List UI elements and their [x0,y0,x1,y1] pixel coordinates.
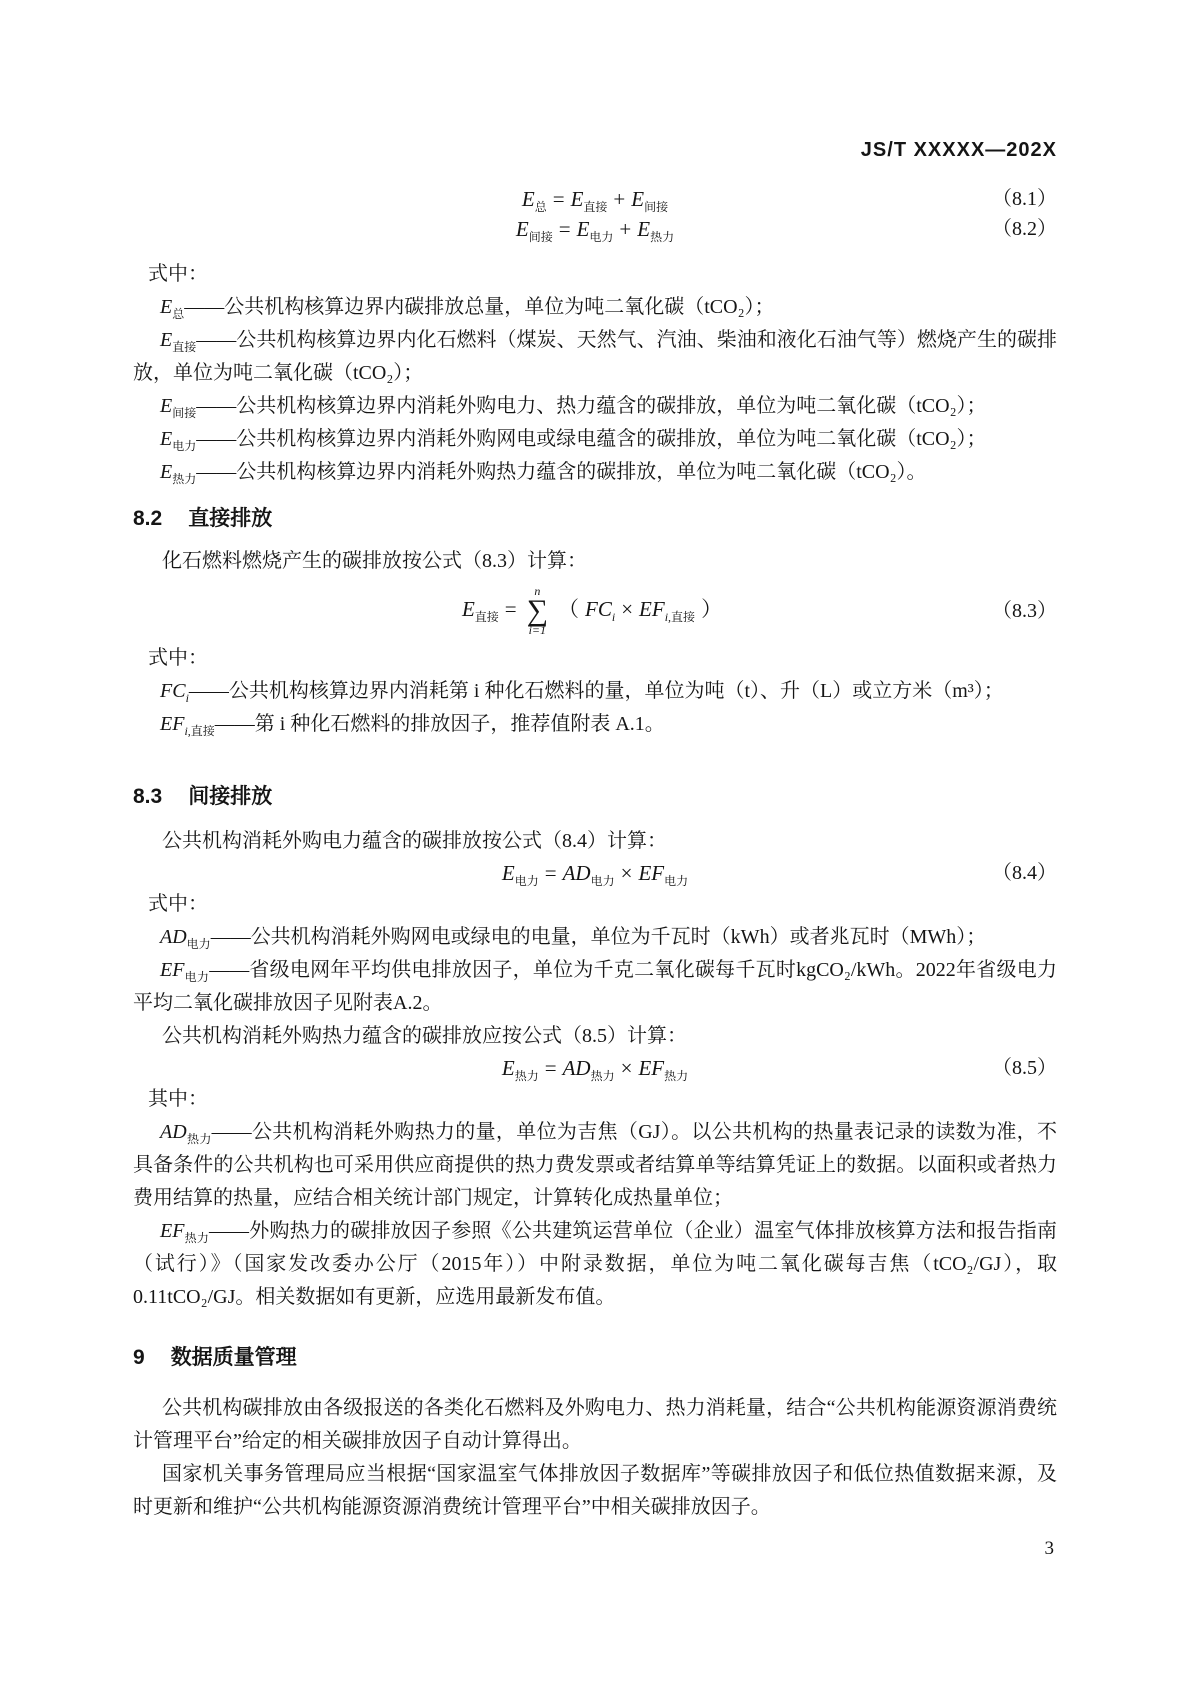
equation-8-4: E电力=AD电力×EF电力 （8.4） [133,858,1057,888]
equation-number-8-2: （8.2） [992,214,1057,244]
section-heading-8-2: 8.2 直接排放 [133,505,1057,533]
formula-8-2: E间接=E电力+E热力 [516,214,674,244]
paragraph-lead-8-4: 公共机构消耗外购电力蕴含的碳排放按公式（8.4）计算： [133,825,1057,858]
section-heading-8-3: 8.3 间接排放 [133,783,1057,811]
definition-text: ——公共机构核算边界内消耗外购网电或绿电蕴含的碳排放，单位为吨二氧化碳（tCO₂… [196,428,986,450]
definition-text: ——外购热力的碳排放因子参照《公共建筑运营单位（企业）温室气体排放核算方法和报告… [133,1220,1057,1308]
formula-8-3: E直接=n∑i=1（FCi×EFi,直接） [462,585,728,637]
term-ad-heat: AD热力 [160,1121,212,1143]
definition-text: ——第 i 种化石燃料的排放因子，推荐值附表 A.1。 [215,713,665,735]
equation-8-1: E总=E直接+E间接 （8.1） [133,184,1057,214]
section-title: 直接排放 [188,505,272,533]
definition-ad-heat: AD热力——公共机构消耗外购热力的量，单位为吉焦（GJ）。以公共机构的热量表记录… [133,1116,1057,1215]
doc-code: JS/T XXXXX—202X [133,138,1057,162]
definition-ef-i-direct: EFi,直接——第 i 种化石燃料的排放因子，推荐值附表 A.1。 [133,708,1057,741]
where-label: 式中： [133,888,1057,921]
definition-e-total: E总——公共机构核算边界内碳排放总量，单位为吨二氧化碳（tCO₂）； [133,291,1057,324]
paragraph-lead-8-3: 化石燃料燃烧产生的碳排放按公式（8.3）计算： [133,545,1057,578]
definition-text: ——公共机构核算边界内化石燃料（煤炭、天然气、汽油、柴油和液化石油气等）燃烧产生… [133,329,1057,384]
term-e-indirect: E间接 [160,395,196,417]
equation-group-8-1-8-2: E总=E直接+E间接 （8.1） E间接=E电力+E热力 （8.2） [133,184,1057,244]
definition-text: ——公共机构核算边界内消耗第 i 种化石燃料的量，单位为吨（t）、升（L）或立方… [189,680,1004,702]
term-ef-electricity: EF电力 [160,959,209,981]
paragraph-9-2: 国家机关事务管理局应当根据“国家温室气体排放因子数据库”等碳排放因子和低位热值数… [133,1458,1057,1524]
term-ef-i-direct: EFi,直接 [160,713,215,735]
section-number: 9 [133,1344,145,1372]
section-number: 8.2 [133,505,162,533]
formula-8-4: E电力=AD电力×EF电力 [502,858,688,888]
definition-e-indirect: E间接——公共机构核算边界内消耗外购电力、热力蕴含的碳排放，单位为吨二氧化碳（t… [133,390,1057,423]
term-ef-heat: EF热力 [160,1220,209,1242]
term-e-heat: E热力 [160,461,196,483]
definition-e-direct: E直接——公共机构核算边界内化石燃料（煤炭、天然气、汽油、柴油和液化石油气等）燃… [133,324,1057,390]
where-label: 式中： [133,258,1057,291]
definition-ef-electricity: EF电力——省级电网年平均供电排放因子，单位为千克二氧化碳每千瓦时kgCO₂/k… [133,954,1057,1020]
term-e-direct: E直接 [160,329,196,351]
definition-e-electricity: E电力——公共机构核算边界内消耗外购网电或绿电蕴含的碳排放，单位为吨二氧化碳（t… [133,423,1057,456]
page-number: 3 [1045,1538,1055,1560]
section-number: 8.3 [133,783,162,811]
formula-8-5: E热力=AD热力×EF热力 [502,1053,688,1083]
page-content: JS/T XXXXX—202X E总=E直接+E间接 （8.1） E间接=E电力… [133,138,1057,1524]
where-label: 式中： [133,642,1057,675]
definition-text: ——公共机构核算边界内消耗外购电力、热力蕴含的碳排放，单位为吨二氧化碳（tCO₂… [196,395,986,417]
equation-8-3: E直接=n∑i=1（FCi×EFi,直接） （8.3） [133,580,1057,642]
term-e-electricity: E电力 [160,428,196,450]
definition-text: ——公共机构核算边界内碳排放总量，单位为吨二氧化碳（tCO₂）； [184,296,774,318]
equation-8-5: E热力=AD热力×EF热力 （8.5） [133,1053,1057,1083]
document-page: JS/T XXXXX—202X E总=E直接+E间接 （8.1） E间接=E电力… [0,0,1190,1683]
equation-number-8-3: （8.3） [992,596,1057,626]
definition-ef-heat: EF热力——外购热力的碳排放因子参照《公共建筑运营单位（企业）温室气体排放核算方… [133,1215,1057,1314]
equation-8-2: E间接=E电力+E热力 （8.2） [133,214,1057,244]
among-which-label: 其中： [133,1083,1057,1116]
formula-8-1: E总=E直接+E间接 [522,184,668,214]
term-e-total: E总 [160,296,184,318]
paragraph-lead-8-5: 公共机构消耗外购热力蕴含的碳排放应按公式（8.5）计算： [133,1020,1057,1053]
equation-number-8-5: （8.5） [992,1053,1057,1083]
section-title: 间接排放 [188,783,272,811]
definition-text: ——省级电网年平均供电排放因子，单位为千克二氧化碳每千瓦时kgCO₂/kWh。2… [133,959,1057,1014]
section-title: 数据质量管理 [171,1344,297,1372]
term-fc-i: FCi [160,680,189,702]
definition-text: ——公共机构消耗外购热力的量，单位为吉焦（GJ）。以公共机构的热量表记录的读数为… [133,1121,1057,1209]
definition-fc-i: FCi——公共机构核算边界内消耗第 i 种化石燃料的量，单位为吨（t）、升（L）… [133,675,1057,708]
section-heading-9: 9 数据质量管理 [133,1344,1057,1372]
definition-text: ——公共机构消耗外购网电或绿电的电量，单位为千瓦时（kWh）或者兆瓦时（MWh）… [211,926,987,948]
definition-e-heat: E热力——公共机构核算边界内消耗外购热力蕴含的碳排放，单位为吨二氧化碳（tCO₂… [133,456,1057,489]
definition-ad-electricity: AD电力——公共机构消耗外购网电或绿电的电量，单位为千瓦时（kWh）或者兆瓦时（… [133,921,1057,954]
equation-number-8-1: （8.1） [992,184,1057,214]
term-ad-electricity: AD电力 [160,926,211,948]
definition-text: ——公共机构核算边界内消耗外购热力蕴含的碳排放，单位为吨二氧化碳（tCO₂）。 [196,461,926,483]
paragraph-9-1: 公共机构碳排放由各级报送的各类化石燃料及外购电力、热力消耗量，结合“公共机构能源… [133,1392,1057,1458]
equation-number-8-4: （8.4） [992,858,1057,888]
